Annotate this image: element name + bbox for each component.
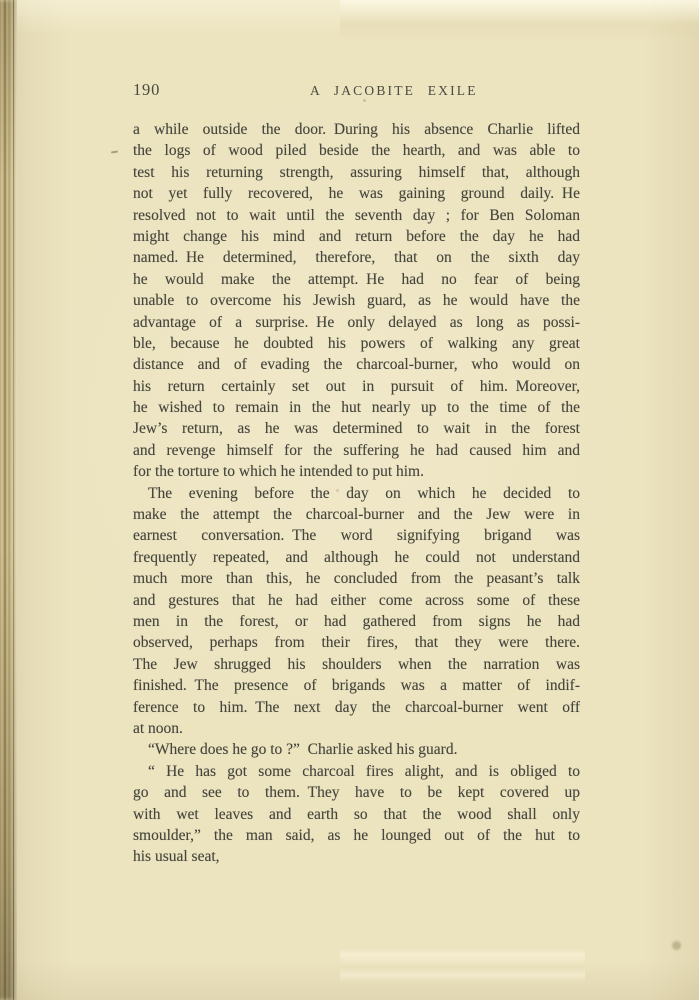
text-line: and gestures that he had either come acr… [133,590,580,611]
paragraph: The evening before the day on which he d… [133,483,580,740]
body-text: a while outside the door. During his abs… [133,119,580,868]
page-fold-line [13,0,14,1000]
scan-speck [363,99,366,102]
text-line: he would make the attempt. He had no fea… [133,269,580,290]
text-line: much more than this, he concluded from t… [133,568,580,589]
margin-ink-speck [111,151,118,154]
text-line: unable to overcome his Jewish guard, as … [133,290,580,311]
text-line: The Jew shrugged his shoulders when the … [133,654,580,675]
text-line: not yet fully recovered, he was gaining … [133,183,580,204]
text-line: a while outside the door. During his abs… [133,119,580,140]
page-number: 190 [133,80,160,100]
text-line: he wished to remain in the hut nearly up… [133,397,580,418]
text-line: frequently repeated, and although he cou… [133,547,580,568]
text-line: and revenge himself for the suffering he… [133,440,580,461]
text-line: make the attempt the charcoal-burner and… [133,504,580,525]
text-line: ble, because he doubted his powers of wa… [133,333,580,354]
paragraph: a while outside the door. During his abs… [133,119,580,483]
text-line: go and see to them. They have to be kept… [133,782,580,803]
text-line: earnest conversation. The word signifyin… [133,525,580,546]
text-line: with wet leaves and earth so that the wo… [133,804,580,825]
text-line: ference to him. The next day the charcoa… [133,697,580,718]
text-line: smoulder,” the man said, as he lounged o… [133,825,580,846]
book-page-scan: 190 A JACOBITE EXILE a while outside the… [0,0,699,1000]
text-line: advantage of a surprise. He only delayed… [133,312,580,333]
text-line: for the torture to which he intended to … [133,461,580,482]
text-line: at noon. [133,718,580,739]
text-line: his return certainly set out in pursuit … [133,376,580,397]
text-line: observed, perhaps from their fires, that… [133,632,580,653]
paragraph: “Where does he go to ?” Charlie asked hi… [133,739,580,760]
page-header: 190 A JACOBITE EXILE [0,0,699,30]
text-line: the logs of wood piled beside the hearth… [133,140,580,161]
text-line: finished. The presence of brigands was a… [133,675,580,696]
text-line: named. He determined, therefore, that on… [133,247,580,268]
scan-speck [672,941,681,950]
page-showthrough [340,948,585,982]
book-binding-edge [0,0,17,1000]
text-line: his usual seat, [133,846,580,867]
paragraph: “ He has got some charcoal fires alight,… [133,761,580,868]
text-line: “Where does he go to ?” Charlie asked hi… [133,739,580,760]
text-line: Jew’s return, as he was determined to wa… [133,418,580,439]
text-line: “ He has got some charcoal fires alight,… [133,761,580,782]
text-line: test his returning strength, assuring hi… [133,162,580,183]
scan-speck [336,489,339,492]
text-line: might change his mind and return before … [133,226,580,247]
running-title: A JACOBITE EXILE [310,83,478,99]
text-line: men in the forest, or had gathered from … [133,611,580,632]
text-line: resolved not to wait until the seventh d… [133,205,580,226]
text-line: distance and of evading the charcoal-bur… [133,354,580,375]
text-line: The evening before the day on which he d… [133,483,580,504]
